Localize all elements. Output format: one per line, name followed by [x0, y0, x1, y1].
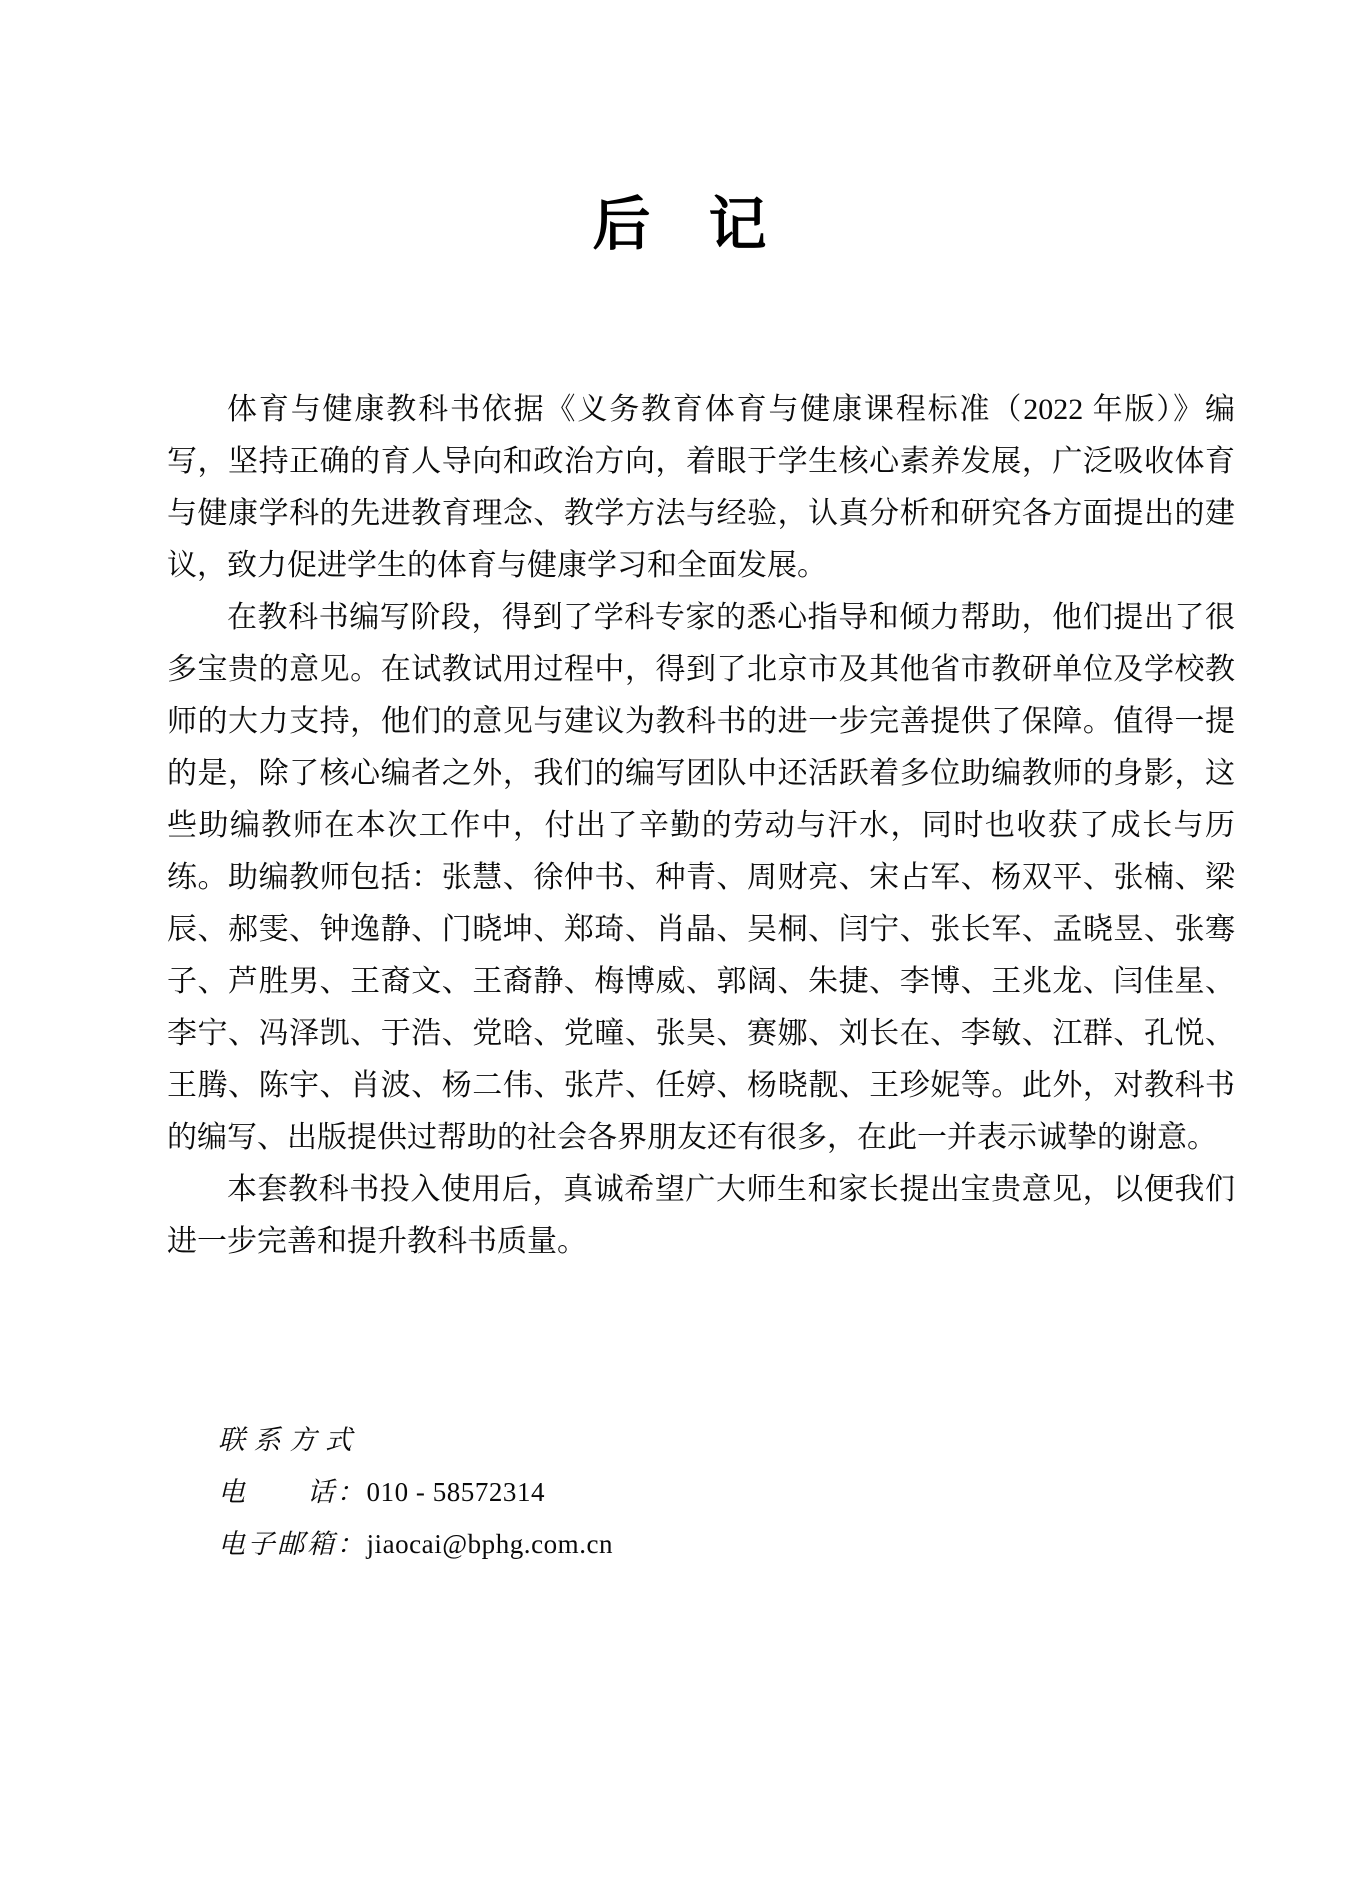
email-value: jiaocai@bphg.com.cn [367, 1529, 614, 1559]
contact-block: 联系方式 电 话：010 - 58572314 电子邮箱：jiaocai@bph… [218, 1414, 1359, 1570]
email-label: 电子邮箱： [218, 1529, 367, 1559]
page-title: 后 记 [0, 0, 1359, 254]
phone-label: 电 话： [218, 1477, 367, 1507]
email-row: 电子邮箱：jiaocai@bphg.com.cn [218, 1518, 1359, 1570]
phone-value: 010 - 58572314 [367, 1477, 546, 1507]
phone-row: 电 话：010 - 58572314 [218, 1466, 1359, 1518]
afterword-page: 后 记 体育与健康教科书依据《义务教育体育与健康课程标准（2022 年版）》编写… [0, 0, 1359, 1891]
body-text: 体育与健康教科书依据《义务教育体育与健康课程标准（2022 年版）》编写，坚持正… [167, 384, 1235, 1268]
body-paragraph-1: 体育与健康教科书依据《义务教育体育与健康课程标准（2022 年版）》编写，坚持正… [167, 384, 1235, 592]
body-paragraph-3: 本套教科书投入使用后，真诚希望广大师生和家长提出宝贵意见，以便我们进一步完善和提… [167, 1164, 1235, 1268]
contact-heading: 联系方式 [218, 1414, 1359, 1466]
body-paragraph-2: 在教科书编写阶段，得到了学科专家的悉心指导和倾力帮助，他们提出了很多宝贵的意见。… [167, 592, 1235, 1164]
